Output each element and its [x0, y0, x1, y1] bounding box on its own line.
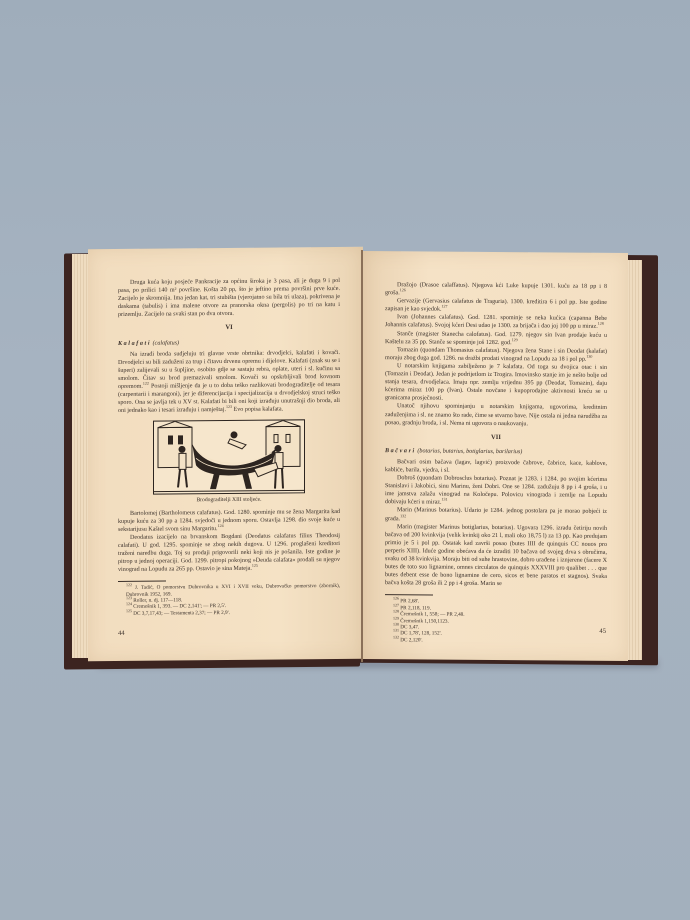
entry-ivan: Ivan (Johannes calafatus). God. 1281. sp… [385, 314, 607, 332]
section-number: VI [118, 323, 340, 333]
entry-marin-magister: Marin (magister Marinus botiglarius, bot… [385, 523, 607, 589]
right-page-body: Dražojo (Drasoe calaffatus). Njegova kći… [385, 281, 607, 645]
section-heading: Kalafati (calafatus) [118, 338, 340, 348]
summary-paragraph: U notarskim knjigama zabilježeno je 7 ka… [385, 362, 607, 404]
body-paragraph: Na izradi broda sudjeluju tri glavne vrs… [118, 349, 340, 416]
entry-gervazije: Gervazije (Gervasius calafatus de Tragur… [385, 297, 607, 315]
entry-bartolomej: Bartolomej (Bartholomeus calafatus). God… [118, 508, 340, 534]
footnote: 125 DC 3,7,17,43; — Testamenta 2,37; — P… [118, 609, 340, 617]
left-page: Druga kuća koju posjeće Pankracije za op… [88, 247, 363, 661]
section-title: Bačvari [385, 448, 416, 454]
entry-dobros: Dobroš (quondam Dobrosclus botarius). Po… [385, 474, 607, 508]
page-number-left: 44 [118, 630, 125, 637]
entry-deodatus: Deodatus izacijelo na brvanskom Bogdani … [118, 532, 340, 574]
entry-stance: Stanče (magister Stanecha calofatus). Go… [385, 330, 607, 348]
footnotes-right: 126 PR 2,68'. 127 PR 2,118, 119. 128 Čre… [385, 599, 607, 646]
page-number-right: 45 [599, 628, 606, 635]
left-page-body: Druga kuća koju posjeće Pankracije za op… [118, 277, 340, 617]
intro-paragraph: Druga kuća koju posjeće Pankracije za op… [118, 277, 340, 319]
woodcut-image [154, 421, 304, 494]
footnotes-left: 122 J. Tadić, O pomorstvu Dubrovnika u X… [118, 583, 340, 617]
right-page: Dražojo (Drasoe calaffatus). Njegova kći… [363, 251, 628, 661]
shipbuilders-illustration [153, 420, 305, 495]
entry-marin: Marin (Marinus botarius). Udario je 1284… [385, 507, 607, 525]
entry-tomazin: Tomazin (quondam Thomasius calafatus). N… [385, 346, 607, 364]
section-title-latin: (botarius, butarius, botiglarius, barila… [417, 448, 522, 455]
footnote: 132 DC 2,120'. [385, 637, 607, 645]
figure-caption: Brodograditelji XIII stoljeće. [118, 495, 340, 505]
open-book: Druga kuća koju posjeće Pankracije za op… [58, 248, 658, 668]
entry-drazojo: Dražojo (Drasoe calaffatus). Njegova kći… [385, 281, 607, 299]
section-number: VII [385, 433, 607, 443]
body-paragraph: Bačvari osim bačava (lagav, lagvić) proi… [385, 458, 607, 476]
section-heading: Bačvari (botarius, butarius, botiglarius… [385, 447, 607, 457]
section-title-latin: (calafatus) [153, 340, 179, 346]
section-title: Kalafati [118, 340, 151, 346]
summary-paragraph: Unatoč njihovu spominjanju u notarskim k… [385, 403, 607, 429]
